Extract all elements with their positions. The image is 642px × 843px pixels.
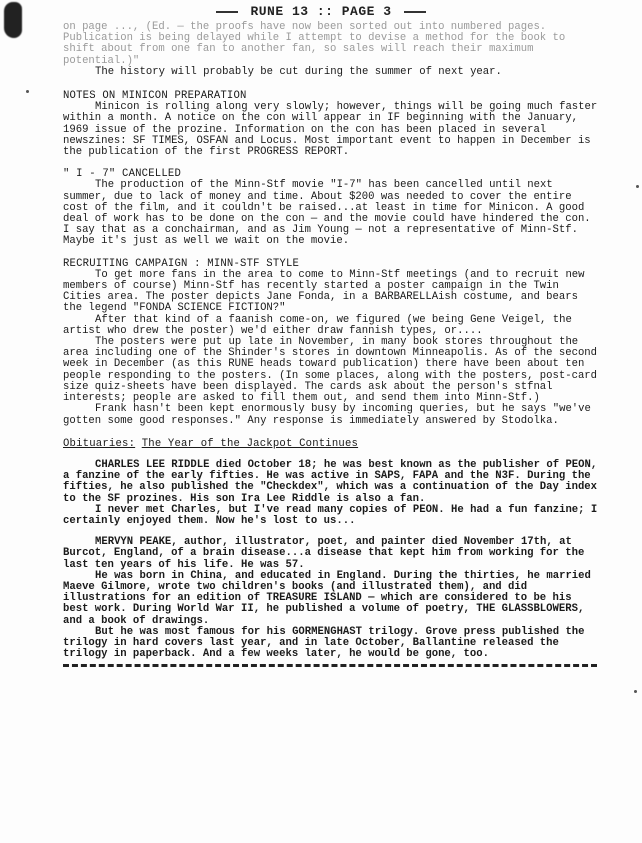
obituaries-label: Obituaries:: [63, 438, 135, 450]
section-paragraph: The production of the Minn-Stf movie "I-…: [63, 180, 603, 247]
obituaries-title: The Year of the Jackpot Continues: [142, 438, 358, 450]
scan-speck: [636, 185, 639, 188]
header-dash-left: [216, 11, 238, 13]
header-dash-right: [404, 11, 426, 13]
dashed-separator: [63, 664, 597, 667]
intro-faded-text: on page ..., (Ed. — the proofs have now …: [63, 22, 603, 67]
obituary-paragraph: I never met Charles, but I've read many …: [63, 505, 603, 527]
section-paragraph: After that kind of a faanish come-on, we…: [63, 315, 603, 337]
section-paragraph: Frank hasn't been kept enormously busy b…: [63, 404, 603, 426]
scan-speck: [634, 690, 637, 693]
typewritten-page: RUNE 13 :: PAGE 3 on page ..., (Ed. — th…: [0, 0, 642, 843]
section-paragraph: The posters were put up late in November…: [63, 337, 603, 404]
section-paragraph: Minicon is rolling along very slowly; ho…: [63, 102, 603, 158]
obituary-paragraph: He was born in China, and educated in En…: [63, 571, 603, 627]
page-title: RUNE 13 :: PAGE 3: [250, 4, 391, 19]
intro-closing: The history will probably be cut during …: [63, 67, 603, 78]
document-body: on page ..., (Ed. — the proofs have now …: [63, 22, 603, 667]
obituary-paragraph: MERVYN PEAKE, author, illustrator, poet,…: [63, 537, 603, 571]
scan-speck: [26, 90, 29, 93]
obituaries-heading: Obituaries: The Year of the Jackpot Cont…: [63, 439, 603, 450]
page-header: RUNE 13 :: PAGE 3: [0, 4, 642, 19]
obituary-paragraph: CHARLES LEE RIDDLE died October 18; he w…: [63, 460, 603, 505]
section-paragraph: To get more fans in the area to come to …: [63, 270, 603, 315]
obituary-paragraph: But he was most famous for his GORMENGHA…: [63, 627, 603, 661]
